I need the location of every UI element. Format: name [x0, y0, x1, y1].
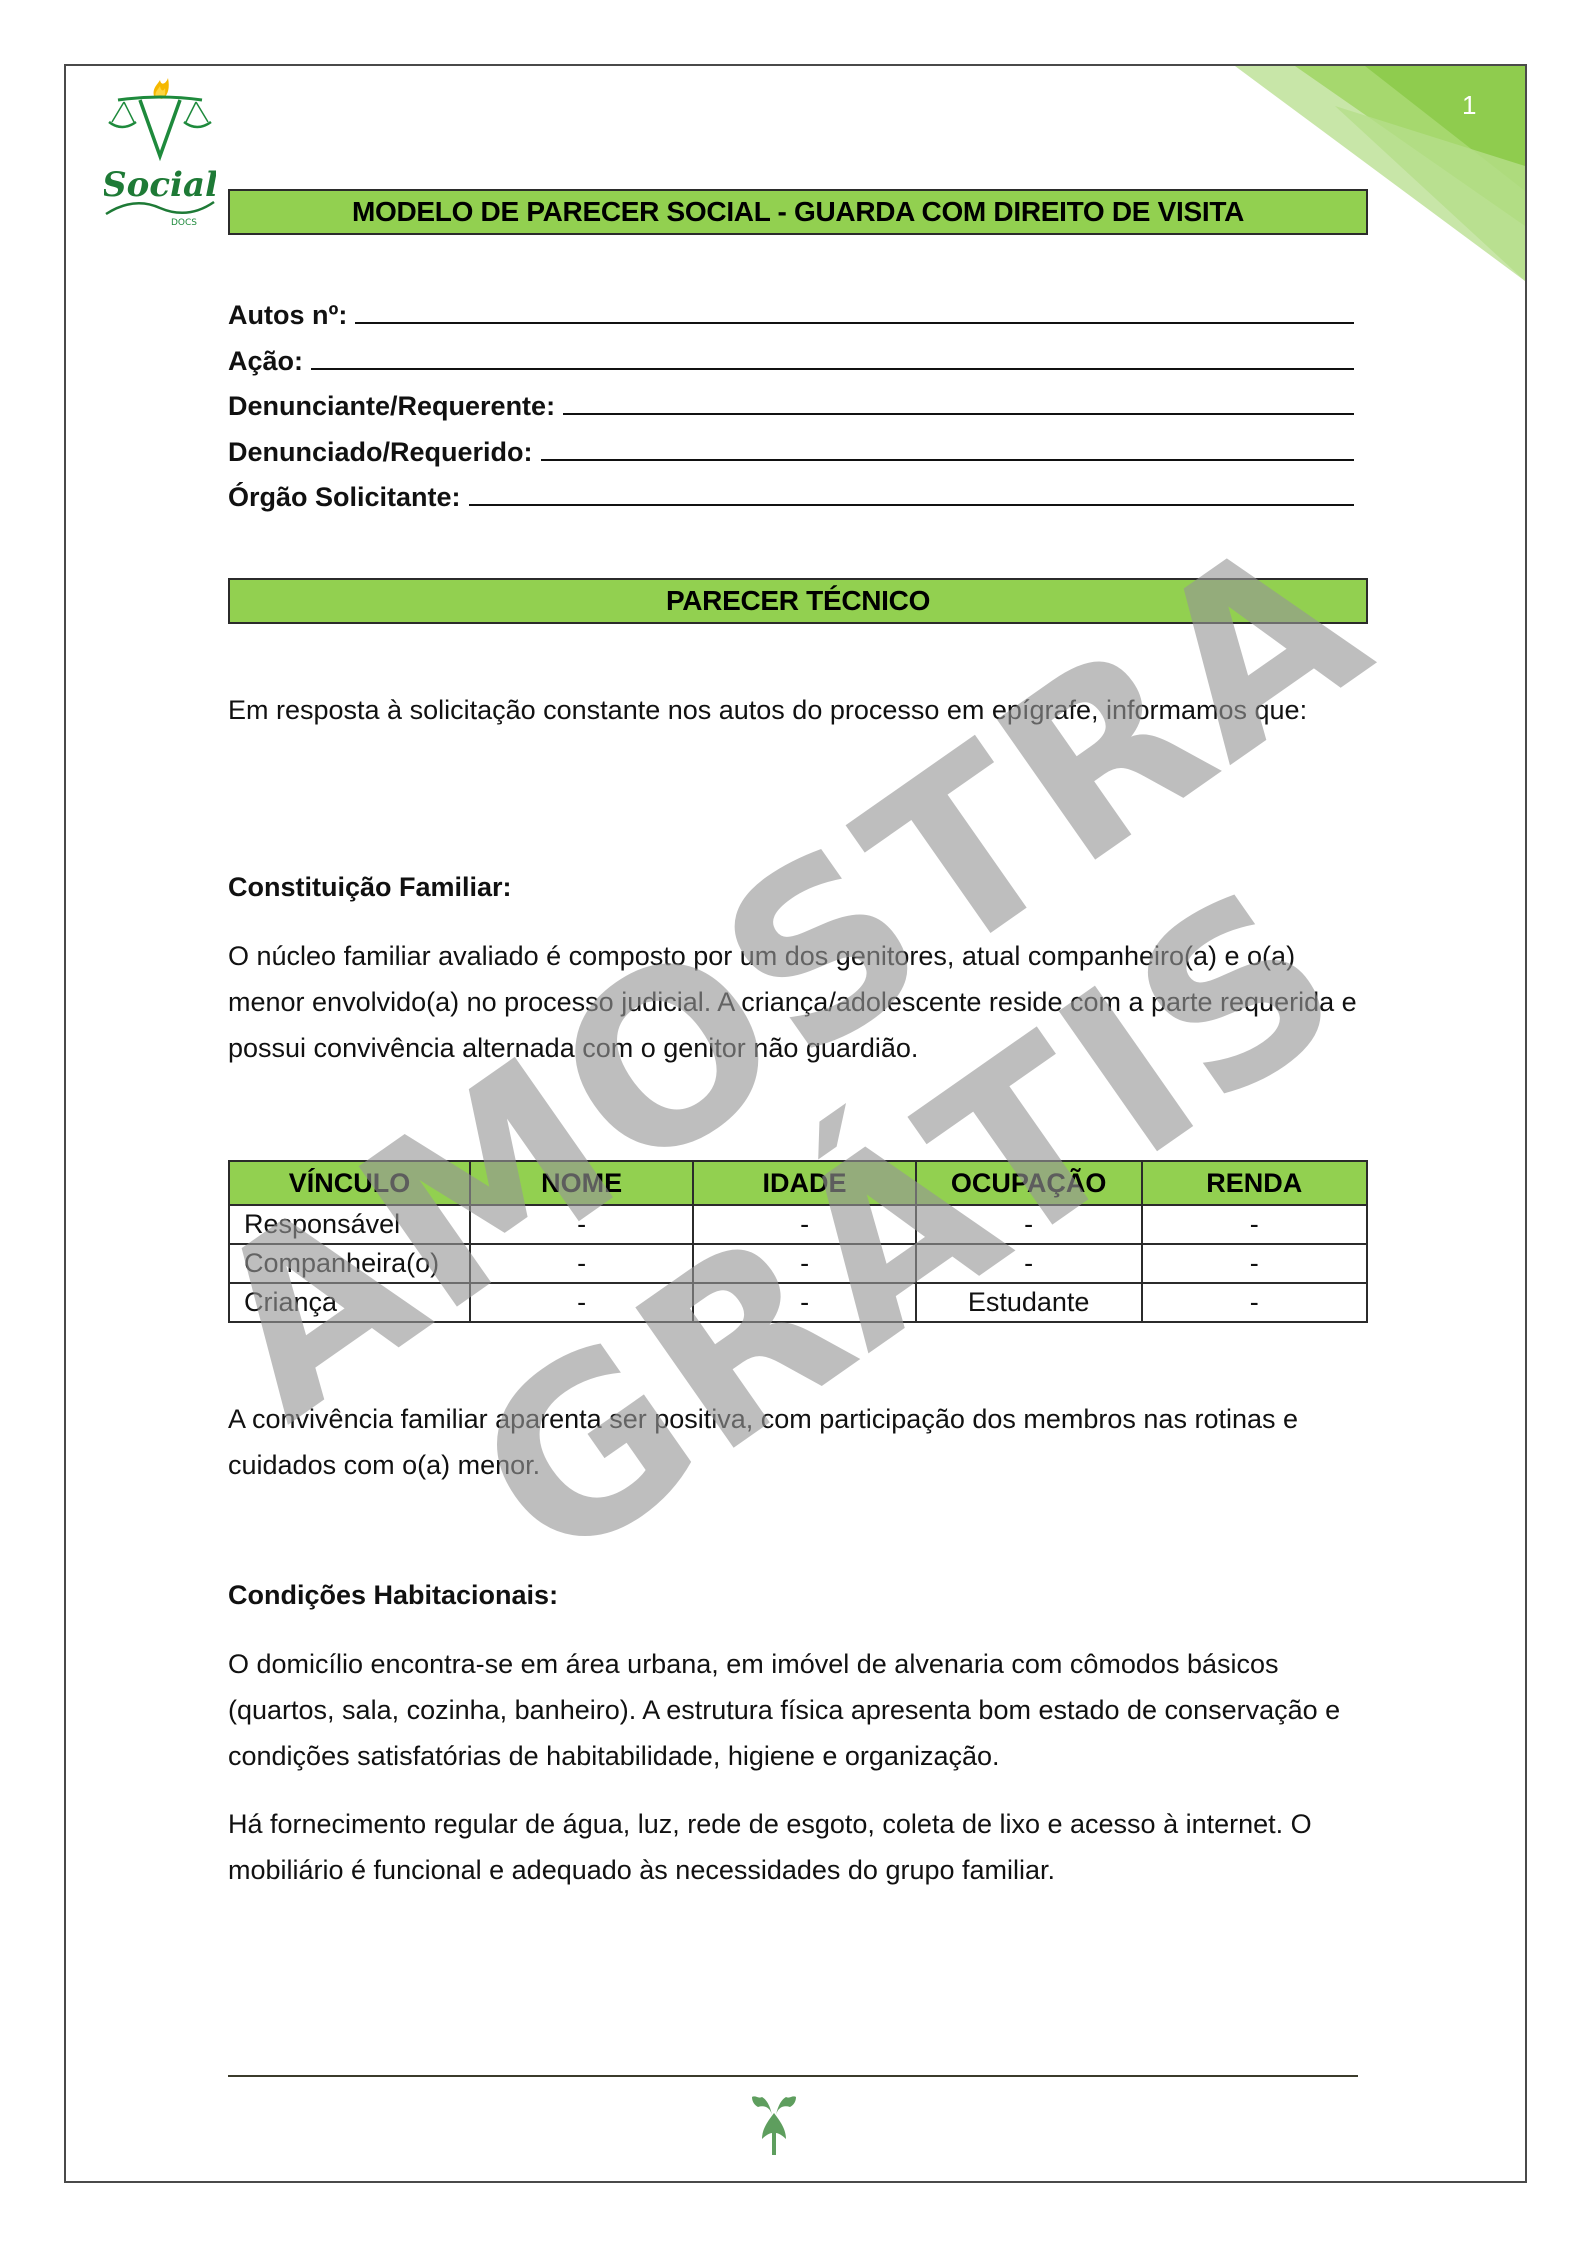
- denunciante-input-line[interactable]: [563, 391, 1354, 415]
- intro-paragraph: Em resposta à solicitação constante nos …: [228, 687, 1368, 733]
- family-paragraph: O núcleo familiar avaliado é composto po…: [228, 933, 1368, 1071]
- table-cell: -: [470, 1283, 693, 1322]
- page-number: 1: [1462, 90, 1476, 121]
- field-autos[interactable]: Autos nº:: [228, 300, 1358, 346]
- case-fields: Autos nº: Ação: Denunciante/Requerente: …: [228, 300, 1358, 528]
- table-cell: -: [916, 1205, 1142, 1244]
- column-header: NOME: [470, 1161, 693, 1205]
- field-orgao[interactable]: Órgão Solicitante:: [228, 482, 1358, 528]
- social-docs-logo: Social DOCS: [104, 78, 216, 228]
- table-row: Companheira(o) - - - -: [229, 1244, 1367, 1283]
- column-header: RENDA: [1142, 1161, 1368, 1205]
- autos-input-line[interactable]: [355, 300, 1354, 324]
- heading-condicoes-habitacionais: Condições Habitacionais:: [228, 1580, 558, 1611]
- column-header: IDADE: [693, 1161, 915, 1205]
- section-title-parecer: PARECER TÉCNICO: [228, 578, 1368, 624]
- field-label: Denunciante/Requerente:: [228, 391, 563, 422]
- table-row: Responsável - - - -: [229, 1205, 1367, 1244]
- table-cell: -: [470, 1244, 693, 1283]
- field-denunciante[interactable]: Denunciante/Requerente:: [228, 391, 1358, 437]
- table-cell: -: [470, 1205, 693, 1244]
- field-label: Órgão Solicitante:: [228, 482, 469, 513]
- heading-constituicao-familiar: Constituição Familiar:: [228, 872, 512, 903]
- housing-paragraph: Há fornecimento regular de água, luz, re…: [228, 1801, 1368, 1893]
- sprout-icon: [750, 2093, 798, 2155]
- table-cell: Criança: [229, 1283, 470, 1322]
- family-table: VÍNCULO NOME IDADE OCUPAÇÃO RENDA Respon…: [228, 1160, 1368, 1323]
- table-cell: -: [916, 1244, 1142, 1283]
- acao-input-line[interactable]: [311, 346, 1354, 370]
- footer-divider: [228, 2075, 1358, 2077]
- table-cell: Companheira(o): [229, 1244, 470, 1283]
- field-denunciado[interactable]: Denunciado/Requerido:: [228, 437, 1358, 483]
- table-cell: -: [1142, 1205, 1368, 1244]
- column-header: OCUPAÇÃO: [916, 1161, 1142, 1205]
- family-closing-paragraph: A convivência familiar aparenta ser posi…: [228, 1396, 1368, 1488]
- field-label: Denunciado/Requerido:: [228, 437, 541, 468]
- table-header-row: VÍNCULO NOME IDADE OCUPAÇÃO RENDA: [229, 1161, 1367, 1205]
- table-cell: -: [1142, 1244, 1368, 1283]
- corner-decoration: [1205, 66, 1525, 296]
- orgao-input-line[interactable]: [469, 482, 1354, 506]
- field-label: Ação:: [228, 346, 311, 377]
- table-cell: Responsável: [229, 1205, 470, 1244]
- denunciado-input-line[interactable]: [541, 437, 1354, 461]
- svg-text:DOCS: DOCS: [171, 218, 197, 228]
- table-cell: -: [693, 1244, 915, 1283]
- table-cell: Estudante: [916, 1283, 1142, 1322]
- table-cell: -: [693, 1283, 915, 1322]
- table-cell: -: [693, 1205, 915, 1244]
- column-header: VÍNCULO: [229, 1161, 470, 1205]
- field-label: Autos nº:: [228, 300, 355, 331]
- svg-text:Social: Social: [104, 165, 216, 205]
- housing-paragraph: O domicílio encontra-se em área urbana, …: [228, 1641, 1368, 1779]
- table-cell: -: [1142, 1283, 1368, 1322]
- field-acao[interactable]: Ação:: [228, 346, 1358, 392]
- document-title: MODELO DE PARECER SOCIAL - GUARDA COM DI…: [228, 189, 1368, 235]
- table-row: Criança - - Estudante -: [229, 1283, 1367, 1322]
